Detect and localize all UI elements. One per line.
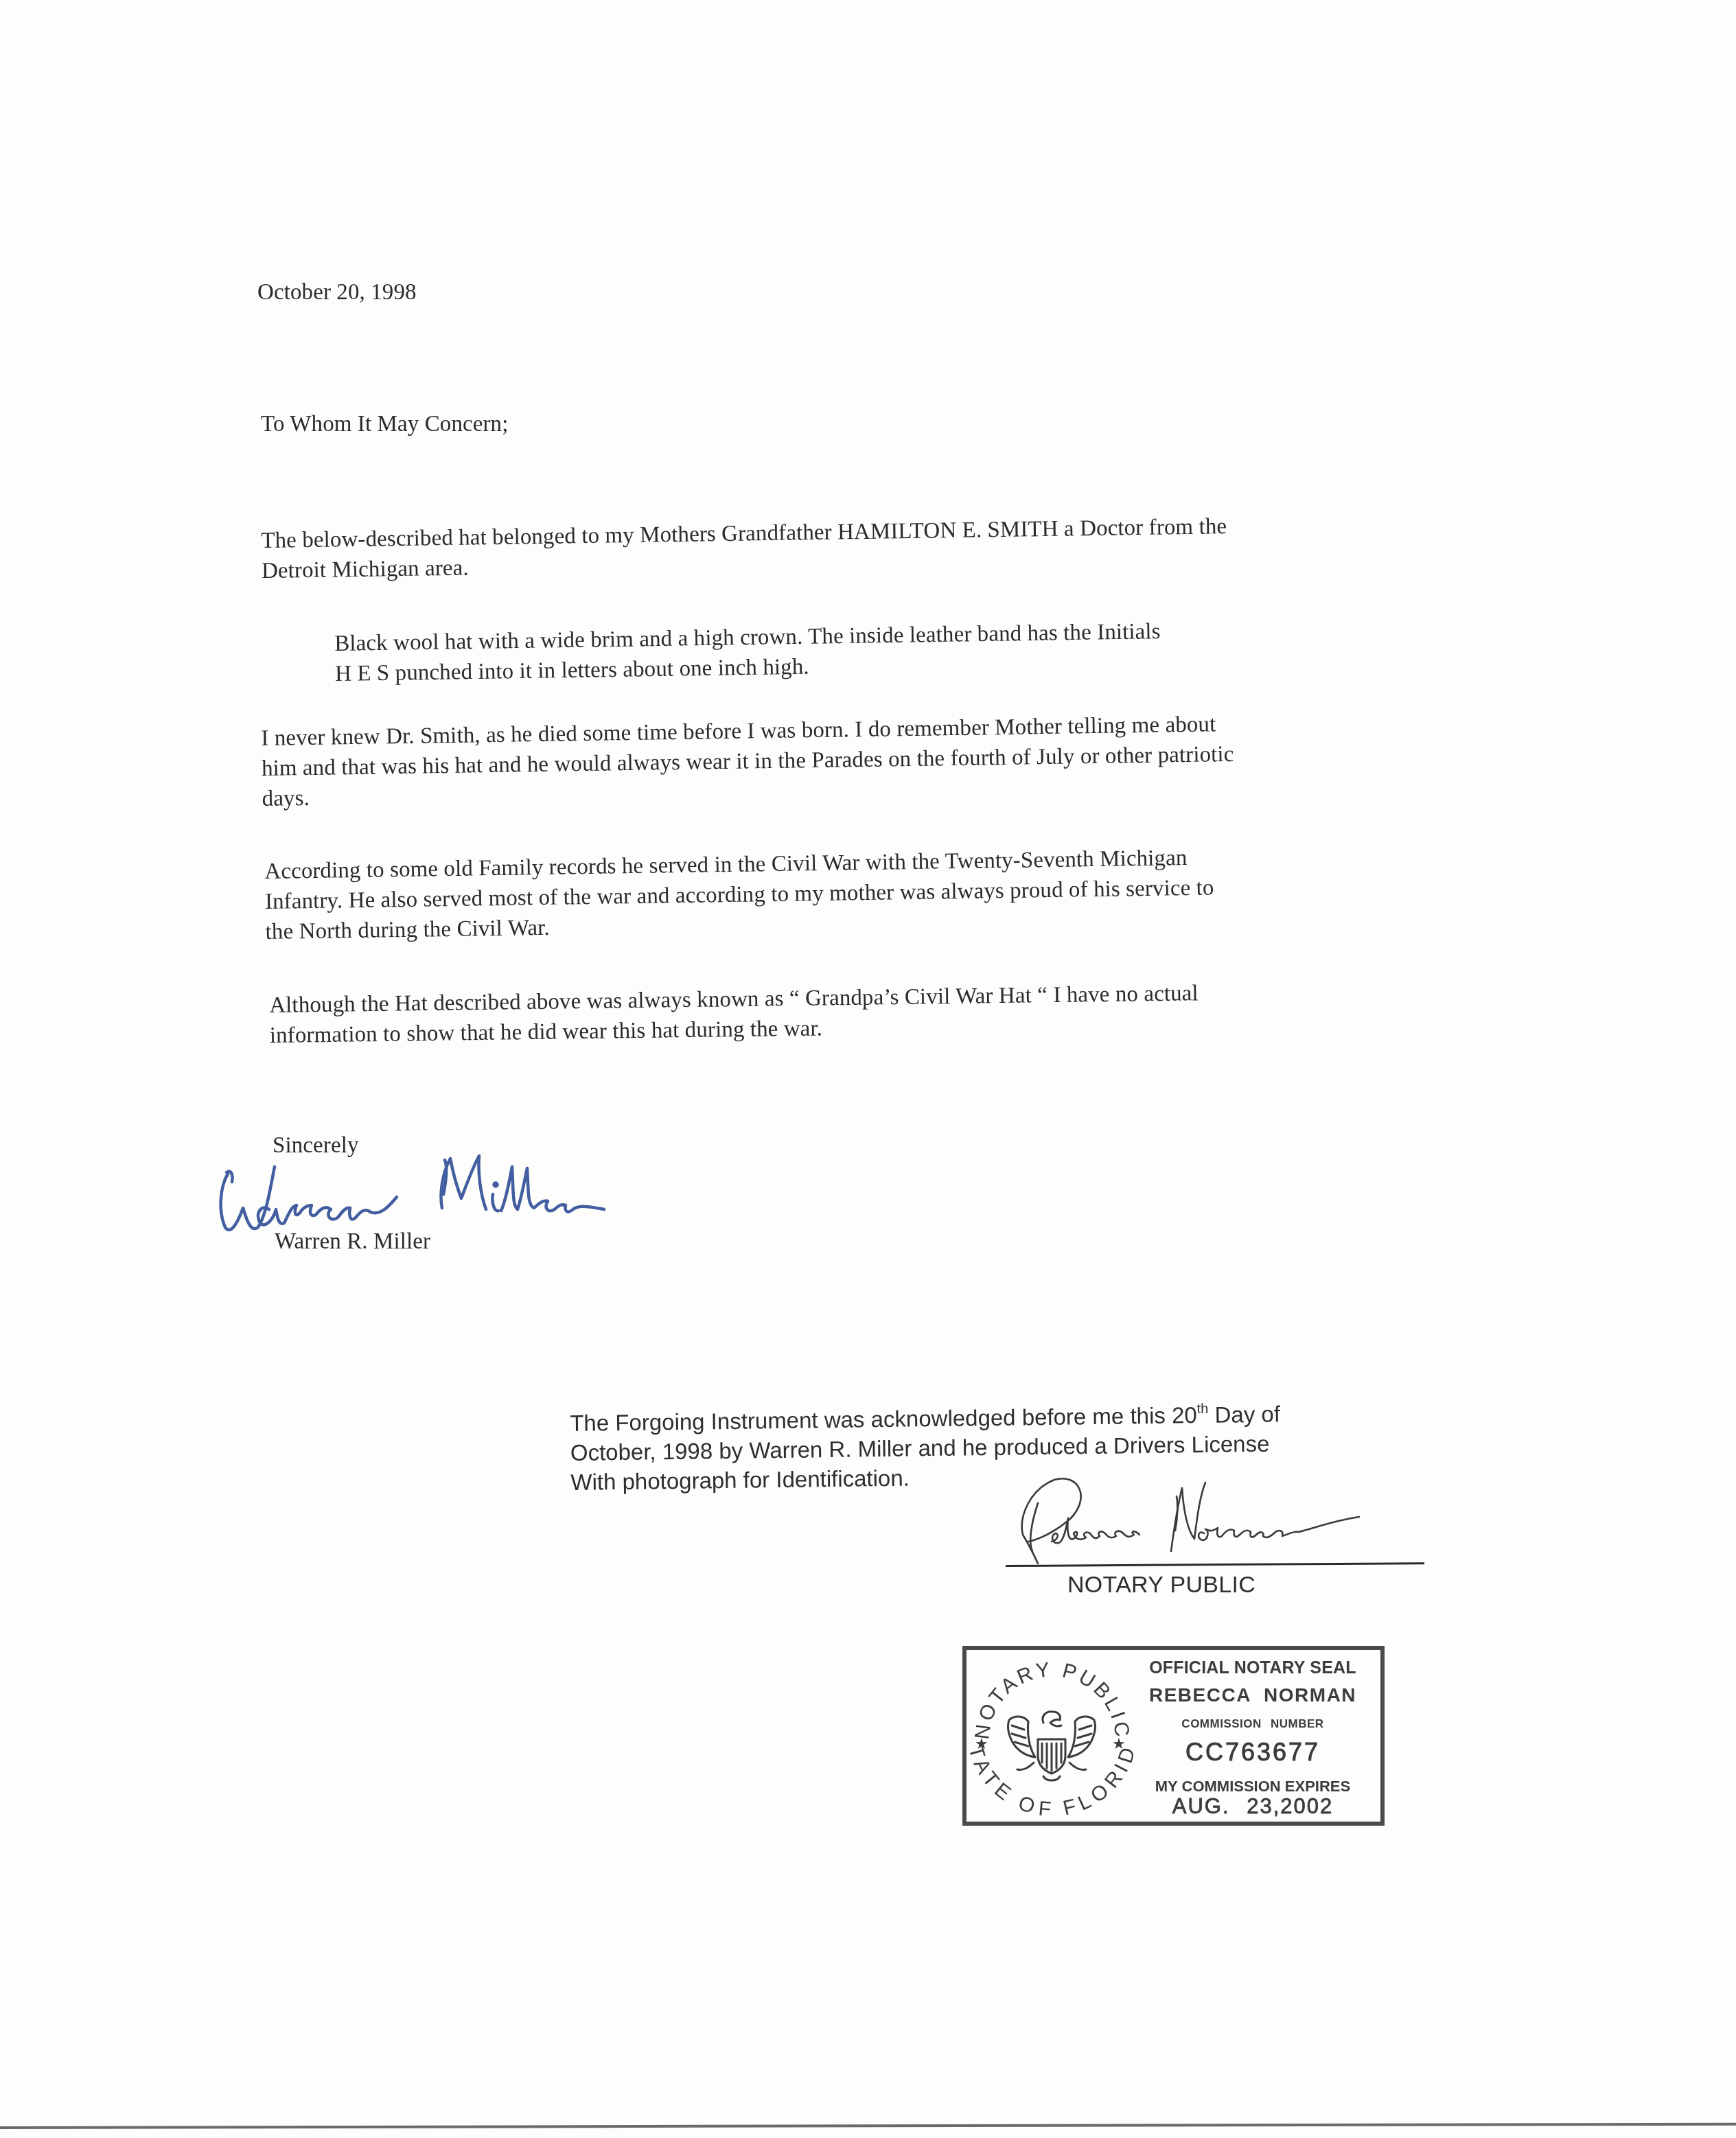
official-notary-seal: NOTARY PUBLIC STATE OF FLORIDA ★ ★ OFFIC… — [962, 1646, 1385, 1826]
seal-expiration-date: AUG. 23,2002 — [1126, 1794, 1380, 1819]
paragraph-disclaimer: Although the Hat described above was alw… — [269, 978, 1199, 1051]
notary-public-label: NOTARY PUBLIC — [1067, 1572, 1255, 1599]
paragraph-civil-war-service: According to some old Family records he … — [264, 842, 1214, 946]
seal-commission-number: CC763677 — [1126, 1738, 1380, 1767]
seal-commission-label: COMMISSION NUMBER — [1126, 1717, 1380, 1731]
seal-ring-top-text: NOTARY PUBLIC — [971, 1658, 1133, 1741]
rebecca-norman-signature — [988, 1476, 1414, 1572]
paragraph-memories: I never knew Dr. Smith, as he died some … — [261, 709, 1234, 814]
svg-text:NOTARY PUBLIC: NOTARY PUBLIC — [971, 1658, 1133, 1741]
page-bottom-edge — [0, 2123, 1736, 2129]
notary-eagle-seal-icon: NOTARY PUBLIC STATE OF FLORIDA ★ ★ — [969, 1653, 1134, 1821]
letter-page: October 20, 1998 To Whom It May Concern;… — [0, 0, 1736, 2138]
seal-notary-name: REBECCA NORMAN — [1126, 1684, 1380, 1706]
hat-description-block: Black wool hat with a wide brim and a hi… — [334, 616, 1161, 689]
salutation-text: To Whom It May Concern; — [261, 409, 508, 439]
typed-signer-name: Warren R. Miller — [275, 1227, 430, 1257]
ordinal-suffix: th — [1196, 1402, 1208, 1417]
date-text: October 20, 1998 — [257, 277, 417, 307]
seal-heading: OFFICIAL NOTARY SEAL — [1126, 1658, 1380, 1678]
letter-date: October 20, 1998 — [257, 277, 417, 307]
salutation: To Whom It May Concern; — [261, 409, 508, 439]
svg-text:★: ★ — [975, 1736, 988, 1753]
svg-text:★: ★ — [1112, 1736, 1126, 1753]
seal-expires-label: MY COMMISSION EXPIRES — [1126, 1778, 1380, 1796]
typed-name-text: Warren R. Miller — [275, 1227, 430, 1257]
paragraph-hat-ownership: The below-described hat belonged to my M… — [261, 511, 1227, 586]
